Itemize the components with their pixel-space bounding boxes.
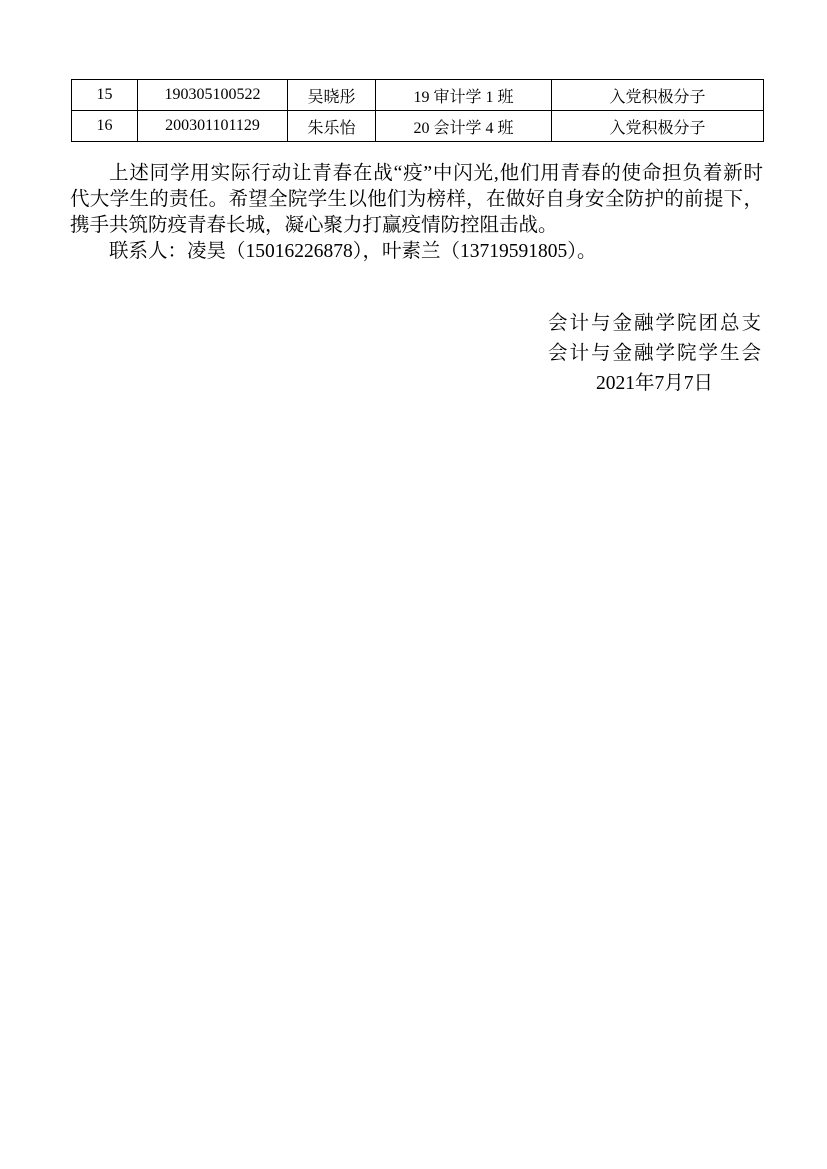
cell-student-name: 吴晓彤 bbox=[288, 80, 376, 111]
cell-row-number: 16 bbox=[72, 111, 138, 142]
cell-class-name: 20 会计学 4 班 bbox=[376, 111, 552, 142]
cell-student-id: 190305100522 bbox=[138, 80, 288, 111]
cell-class-name: 19 审计学 1 班 bbox=[376, 80, 552, 111]
cell-row-number: 15 bbox=[72, 80, 138, 111]
contact-line: 联系人：凌昊（15016226878），叶素兰（13719591805）。 bbox=[70, 239, 763, 265]
cell-student-id: 200301101129 bbox=[138, 111, 288, 142]
body-paragraph: 上述同学用实际行动让青春在战“疫”中闪光,他们用青春的使命担负着新时 代大学生的… bbox=[70, 161, 763, 265]
paragraph-line-2: 代大学生的责任。希望全院学生以他们为榜样，在做好自身安全防护的前提下， bbox=[70, 187, 763, 213]
signature-date: 2021年7月7日 bbox=[548, 369, 763, 399]
roster-table: 15 190305100522 吴晓彤 19 审计学 1 班 入党积极分子 16… bbox=[71, 79, 764, 142]
paragraph-line-3: 携手共筑防疫青春长城，凝心聚力打赢疫情防控阻击战。 bbox=[70, 213, 763, 239]
signature-block: 会计与金融学院团总支 会计与金融学院学生会 2021年7月7日 bbox=[548, 309, 763, 399]
cell-category: 入党积极分子 bbox=[552, 80, 764, 111]
signature-org-2: 会计与金融学院学生会 bbox=[548, 339, 763, 369]
table-row: 15 190305100522 吴晓彤 19 审计学 1 班 入党积极分子 bbox=[72, 80, 764, 111]
paragraph-line-1: 上述同学用实际行动让青春在战“疫”中闪光,他们用青春的使命担负着新时 bbox=[70, 161, 763, 187]
signature-org-1: 会计与金融学院团总支 bbox=[548, 309, 763, 339]
cell-category: 入党积极分子 bbox=[552, 111, 764, 142]
document-page: 15 190305100522 吴晓彤 19 审计学 1 班 入党积极分子 16… bbox=[0, 0, 827, 1169]
table-row: 16 200301101129 朱乐怡 20 会计学 4 班 入党积极分子 bbox=[72, 111, 764, 142]
cell-student-name: 朱乐怡 bbox=[288, 111, 376, 142]
